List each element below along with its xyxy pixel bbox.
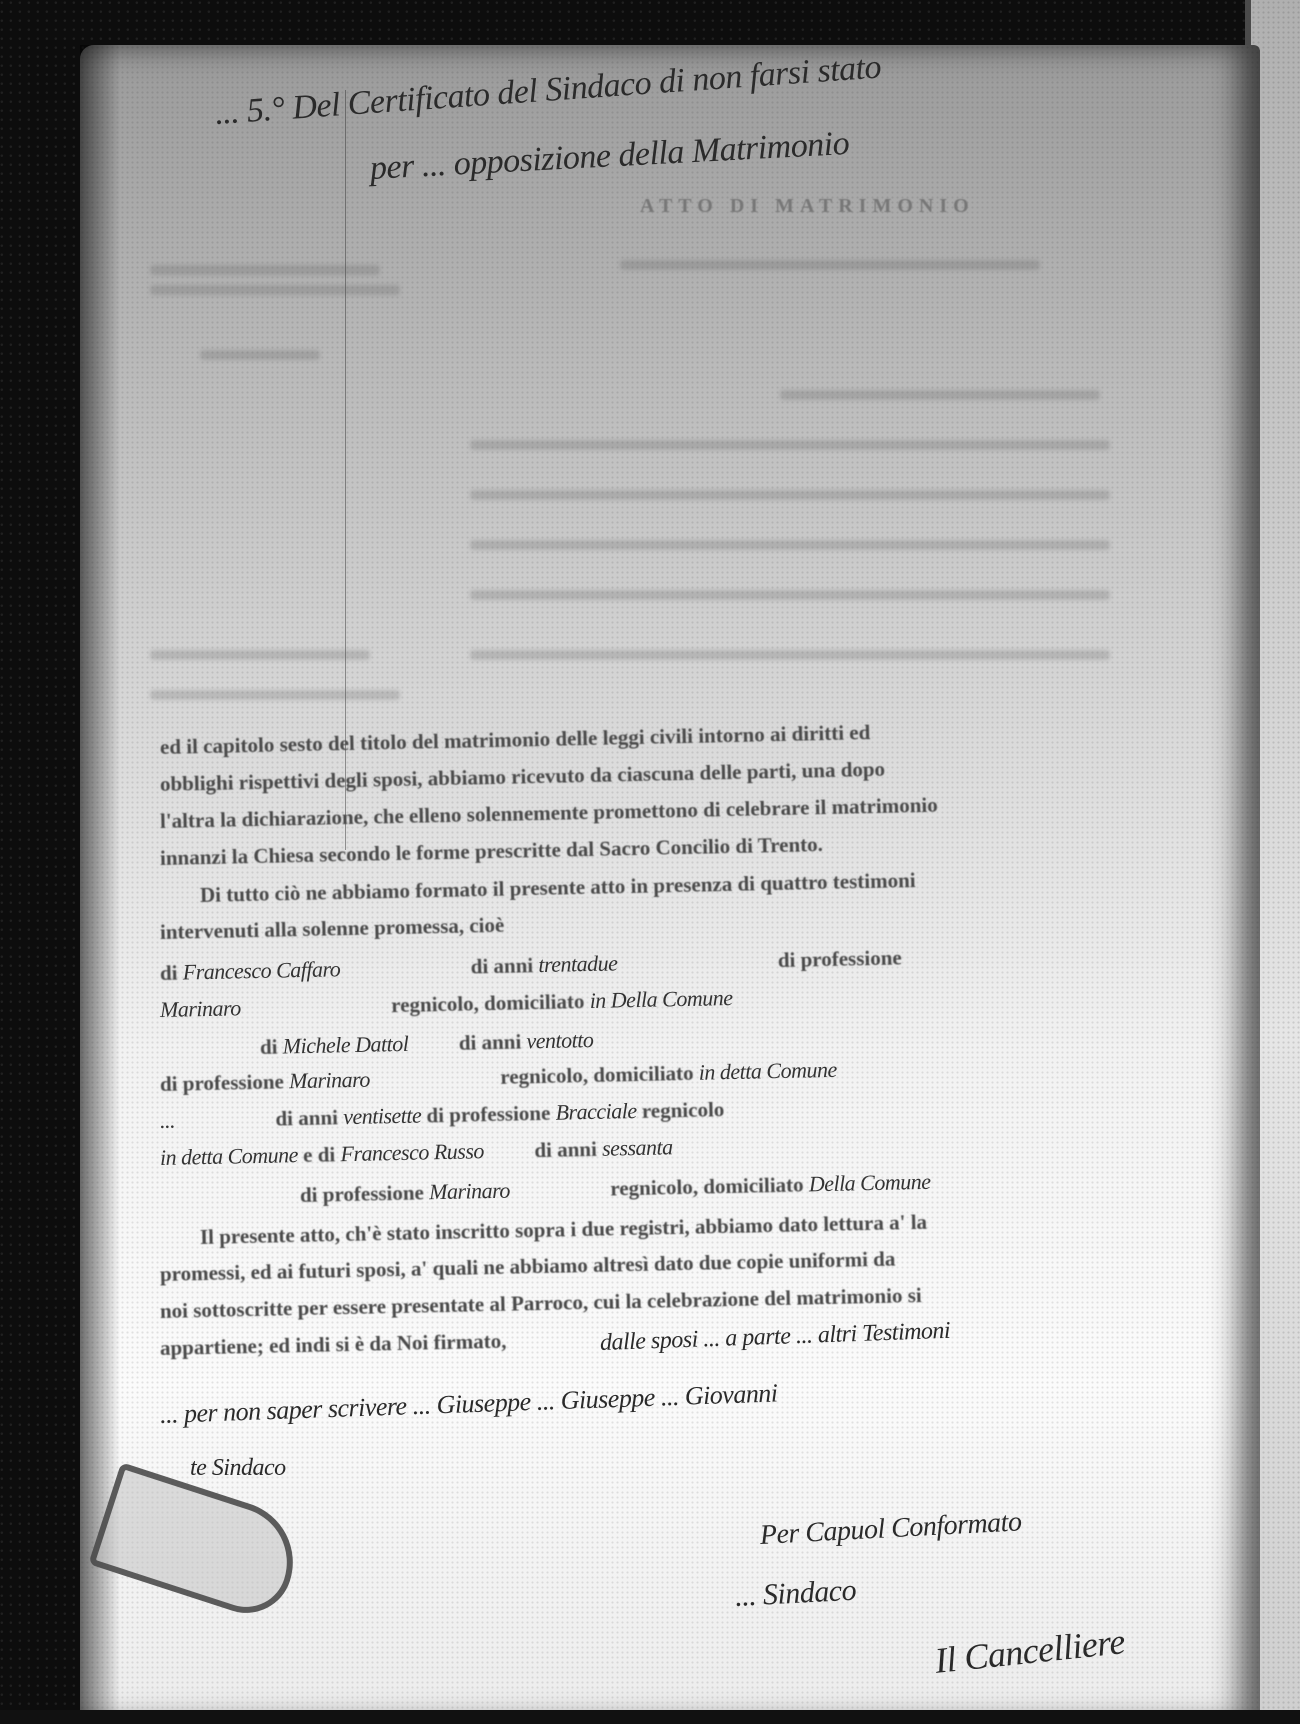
witness-3-profession: Bracciale bbox=[555, 1098, 637, 1125]
witness-1-profession: Marinaro bbox=[160, 995, 241, 1022]
signature-sindaco: ... Sindaco bbox=[734, 1574, 857, 1614]
witness-2-age: ventotto bbox=[526, 1027, 593, 1053]
witness-3-age: ventisette bbox=[343, 1103, 422, 1130]
witness-4-age-label: di anni bbox=[534, 1137, 597, 1162]
witness-1-age: trentadue bbox=[538, 950, 618, 977]
witness-1-profession-label: di professione bbox=[778, 945, 902, 972]
witness-2-profession: Marinaro bbox=[289, 1067, 370, 1094]
bleed-through-text bbox=[150, 265, 380, 275]
witness-3-profession-label: di professione bbox=[426, 1101, 550, 1128]
bleed-through-text bbox=[150, 650, 370, 660]
bleed-through-text bbox=[200, 350, 320, 360]
witness-2-profession-label: di professione bbox=[160, 1069, 284, 1096]
bleed-through-text bbox=[470, 590, 1110, 600]
witness-3-name: ... bbox=[160, 1108, 176, 1133]
bleed-through-text bbox=[470, 650, 1110, 660]
bleed-through-text bbox=[470, 490, 1110, 500]
bleed-through-text bbox=[150, 285, 400, 295]
witness-1-name: Francesco Caffaro bbox=[182, 956, 340, 984]
witness-4-age: sessanta bbox=[602, 1134, 673, 1160]
witness-1-domicile: in Della Comune bbox=[589, 985, 732, 1013]
witness-2-name: Michele Dattol bbox=[282, 1031, 408, 1059]
witness-2-status: regnicolo, domiciliato bbox=[500, 1061, 694, 1089]
bleed-through-text bbox=[150, 690, 400, 700]
witness-2-domicile: in detta Comune bbox=[699, 1057, 837, 1085]
bleed-through-text bbox=[620, 260, 1040, 270]
witness-3-status: regnicolo bbox=[642, 1097, 725, 1123]
witness-4-status: regnicolo, domiciliato bbox=[610, 1172, 804, 1200]
closing-hand-3: te Sindaco bbox=[190, 1455, 286, 1482]
witness-3-age-label: di anni bbox=[275, 1105, 338, 1130]
bleed-through-text bbox=[470, 540, 1110, 550]
bleed-through-text bbox=[780, 390, 1100, 400]
witness-1-status: regnicolo, domiciliato bbox=[391, 989, 585, 1017]
witness-2-intro: di bbox=[260, 1035, 278, 1059]
witness-4-name: Francesco Russo bbox=[340, 1138, 484, 1166]
witness-1-age-label: di anni bbox=[470, 953, 533, 978]
witness-4-domicile: Della Comune bbox=[809, 1169, 931, 1197]
witness-4-profession-label: di professione bbox=[300, 1180, 424, 1207]
witness-2-age-label: di anni bbox=[459, 1030, 522, 1055]
witness-3-domicile: in detta Comune bbox=[160, 1142, 298, 1170]
printed-heading: ATTO DI MATRIMONIO bbox=[640, 195, 975, 218]
bleed-through-text bbox=[470, 440, 1110, 450]
witness-4-profession: Marinaro bbox=[429, 1178, 510, 1205]
witness-1-intro: di bbox=[160, 961, 178, 985]
binding-shadow bbox=[80, 45, 120, 1724]
scanner-bottom-edge bbox=[0, 1710, 1300, 1724]
witness-4-intro: e di bbox=[303, 1142, 336, 1167]
